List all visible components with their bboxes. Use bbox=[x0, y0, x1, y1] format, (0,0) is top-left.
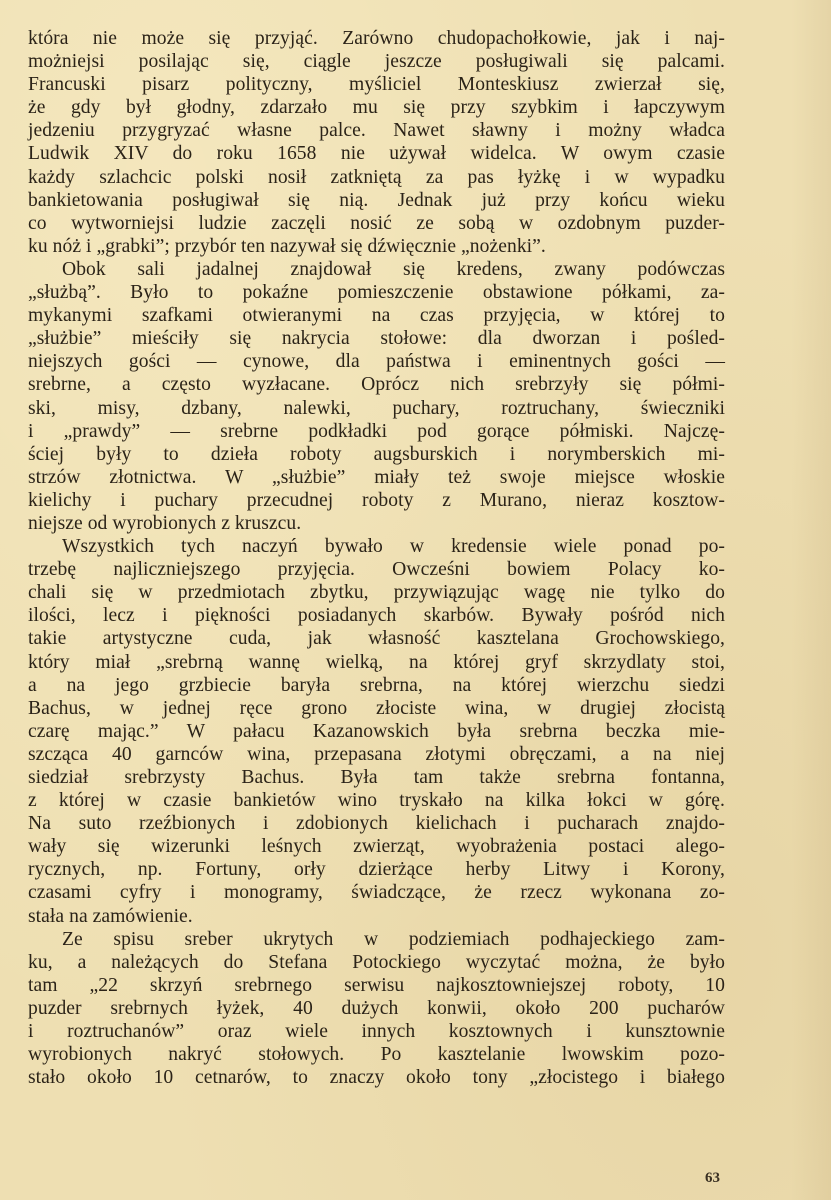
text-line: puzder srebrnych łyżek, 40 dużych konwii… bbox=[28, 997, 725, 1020]
text-line: ilości, lecz i piękności posiadanych ska… bbox=[28, 604, 725, 627]
text-line: takie artystyczne cuda, jak własność kas… bbox=[28, 627, 725, 650]
text-line: niejsze od wyrobionych z kruszcu. bbox=[28, 512, 725, 535]
text-line: Na suto rzeźbionych i zdobionych kielich… bbox=[28, 812, 725, 835]
book-page: która nie może się przyjąć. Zarówno chud… bbox=[0, 0, 831, 1200]
text-line: czasami cyfry i monogramy, świadczące, ż… bbox=[28, 881, 725, 904]
text-line: i „prawdy” — srebrne podkładki pod gorąc… bbox=[28, 420, 725, 443]
paragraph: Wszystkich tych naczyń bywało w kredensi… bbox=[28, 535, 725, 928]
text-line: Bachus, w jednej ręce grono złociste win… bbox=[28, 697, 725, 720]
page-number: 63 bbox=[705, 1170, 720, 1187]
text-line: rycznych, np. Fortuny, orły dzierżące he… bbox=[28, 858, 725, 881]
text-line: tam „22 skrzyń srebrnego serwisu najkosz… bbox=[28, 974, 725, 997]
text-line: i roztruchanów” oraz wiele innych koszto… bbox=[28, 1020, 725, 1043]
page-edge-shadow bbox=[791, 0, 831, 1200]
paragraph: Obok sali jadalnej znajdował się kredens… bbox=[28, 258, 725, 535]
text-line: niejszych gości — cynowe, dla państwa i … bbox=[28, 350, 725, 373]
text-line: z której w czasie bankietów wino tryskał… bbox=[28, 789, 725, 812]
text-line: a na jego grzbiecie baryła srebrna, na k… bbox=[28, 674, 725, 697]
text-line: Ze spisu sreber ukrytych w podziemiach p… bbox=[28, 928, 725, 951]
text-line: ściej były to dzieła roboty augsburskich… bbox=[28, 443, 725, 466]
text-line: Francuski pisarz polityczny, myśliciel M… bbox=[28, 73, 725, 96]
text-line: stała na zamówienie. bbox=[28, 905, 725, 928]
text-line: „służbą”. Było to pokaźne pomieszczenie … bbox=[28, 281, 725, 304]
text-line: czarę mając.” W pałacu Kazanowskich była… bbox=[28, 720, 725, 743]
text-line: ku, a należących do Stefana Potockiego w… bbox=[28, 951, 725, 974]
text-line: kielichy i puchary przecudnej roboty z M… bbox=[28, 489, 725, 512]
text-line: stało około 10 cetnarów, to znaczy około… bbox=[28, 1066, 725, 1089]
text-line: srebrne, a często wyzłacane. Oprócz nich… bbox=[28, 373, 725, 396]
text-line: wyrobionych nakryć stołowych. Po kasztel… bbox=[28, 1043, 725, 1066]
text-line: Ludwik XIV do roku 1658 nie używał widel… bbox=[28, 142, 725, 165]
text-line: że gdy był głodny, zdarzało mu się przy … bbox=[28, 96, 725, 119]
text-line: bankietowania posługiwał się nią. Jednak… bbox=[28, 189, 725, 212]
text-line: wały się wizerunki leśnych zwierząt, wyo… bbox=[28, 835, 725, 858]
text-line: co wytworniejsi ludzie zaczęli nosić ze … bbox=[28, 212, 725, 235]
text-line: siedział srebrzysty Bachus. Była tam tak… bbox=[28, 766, 725, 789]
text-line: Obok sali jadalnej znajdował się kredens… bbox=[28, 258, 725, 281]
text-line: strzów złotnictwa. W „służbie” miały też… bbox=[28, 466, 725, 489]
text-line: możniejsi posilając się, ciągle jeszcze … bbox=[28, 50, 725, 73]
text-line: Wszystkich tych naczyń bywało w kredensi… bbox=[28, 535, 725, 558]
text-line: jedzeniu przygryzać własne palce. Nawet … bbox=[28, 119, 725, 142]
paragraph: Ze spisu sreber ukrytych w podziemiach p… bbox=[28, 928, 725, 1090]
text-line: szcząca 40 garnców wina, przepasana złot… bbox=[28, 743, 725, 766]
text-line: trzebę najliczniejszego przyjęcia. Owcze… bbox=[28, 558, 725, 581]
text-line: który miał „srebrną wannę wielką, na któ… bbox=[28, 651, 725, 674]
body-text: która nie może się przyjąć. Zarówno chud… bbox=[28, 27, 725, 1089]
paragraph: która nie może się przyjąć. Zarówno chud… bbox=[28, 27, 725, 258]
text-line: która nie może się przyjąć. Zarówno chud… bbox=[28, 27, 725, 50]
text-line: ku nóż i „grabki”; przybór ten nazywał s… bbox=[28, 235, 725, 258]
text-line: mykanymi szafkami otwieranymi na czas pr… bbox=[28, 304, 725, 327]
text-line: „służbie” mieściły się nakrycia stołowe:… bbox=[28, 327, 725, 350]
text-line: każdy szlachcic polski nosił zatkniętą z… bbox=[28, 166, 725, 189]
text-line: ski, misy, dzbany, nalewki, puchary, roz… bbox=[28, 397, 725, 420]
text-line: chali się w przedmiotach zbytku, przywią… bbox=[28, 581, 725, 604]
